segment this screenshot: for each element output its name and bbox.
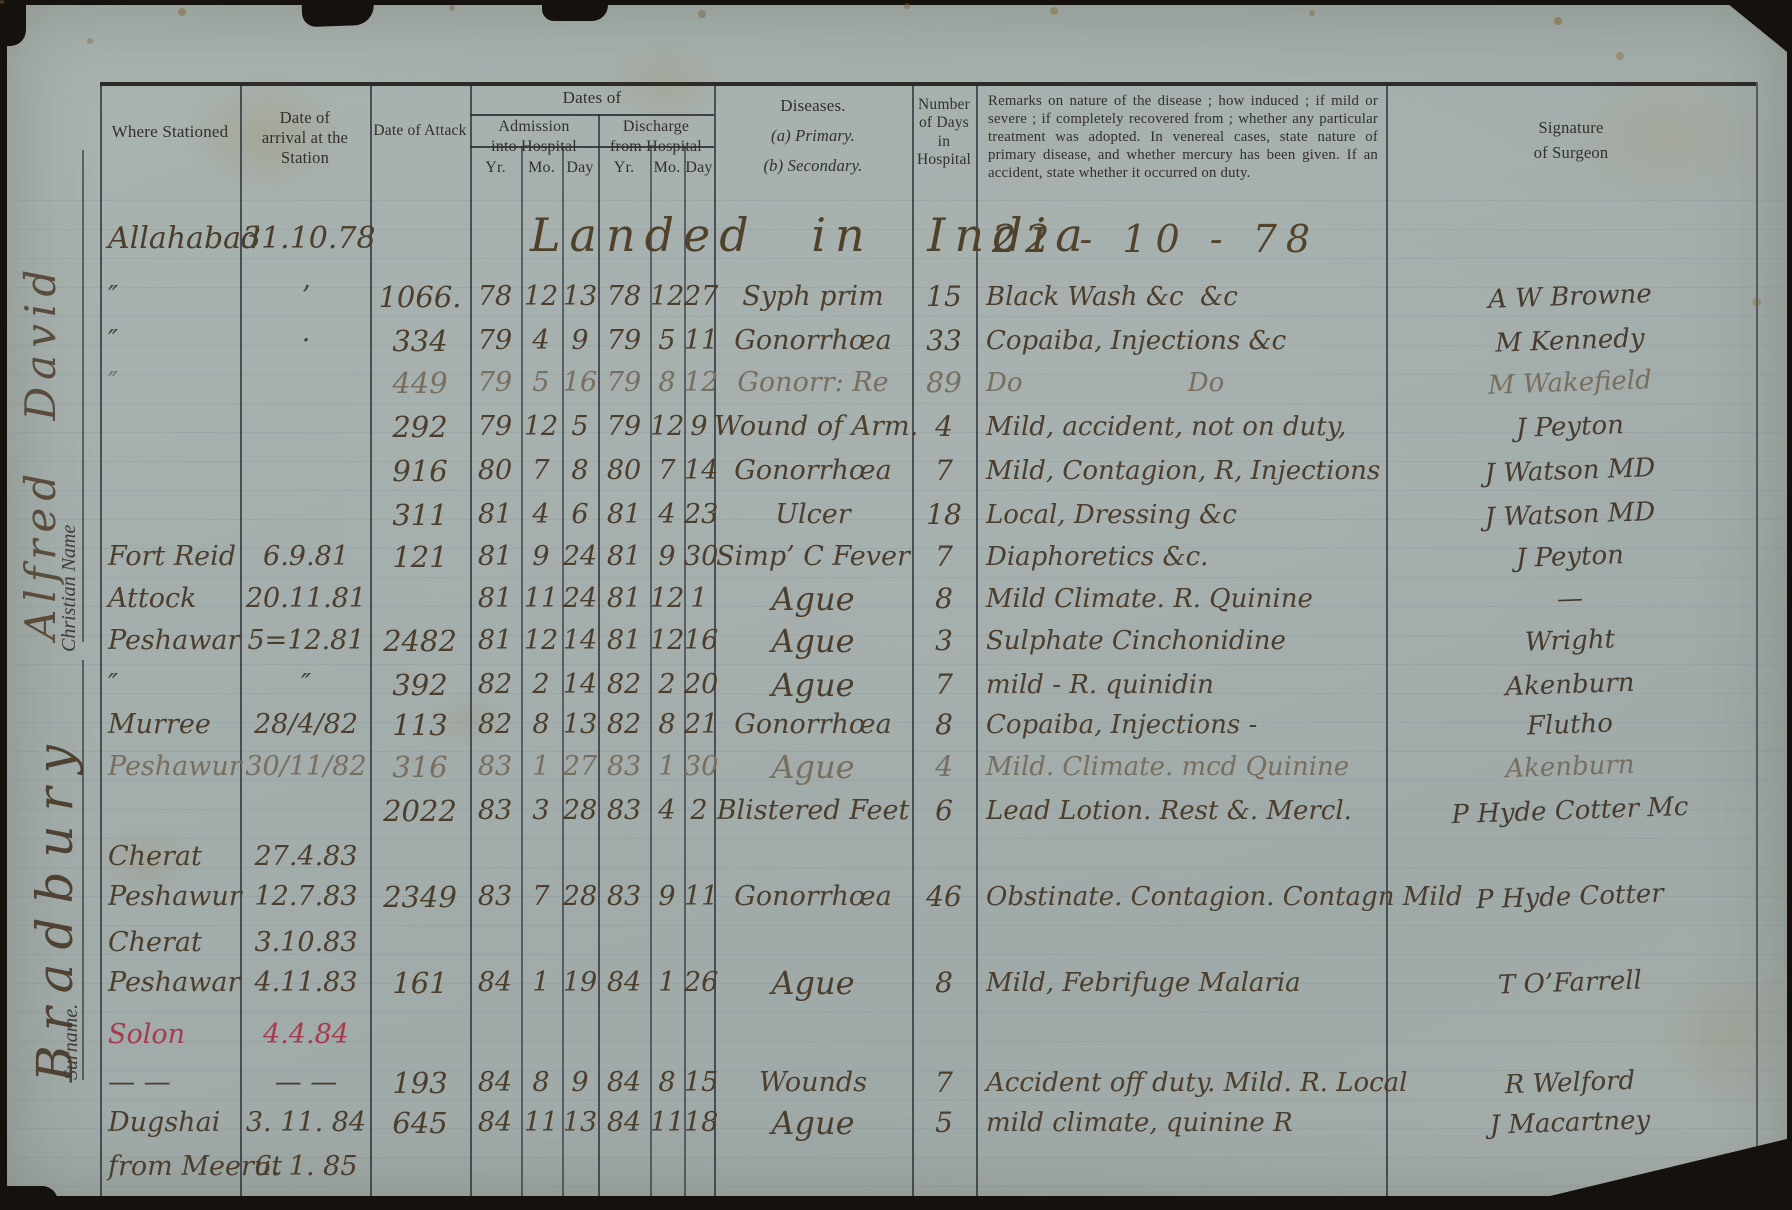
cell-dd: 30	[684, 536, 714, 582]
cell-attack: 2022	[372, 790, 468, 836]
cell-remarks: Mild, accident, not on duty,	[976, 406, 1426, 452]
cell-ad: 16	[562, 362, 598, 408]
landed-in-india-note: Landed in India	[530, 208, 1092, 262]
cell-ad: 28	[562, 876, 598, 922]
cell-arrival: 4.11.83	[242, 962, 370, 1008]
cell-dd: 30	[684, 746, 714, 792]
table-row: 2022833288342Blistered Feet6Lead Lotion.…	[100, 790, 1756, 836]
table-row: Dugshai3. 11. 84645841113841118Ague5mild…	[100, 1102, 1756, 1148]
cell-dd: 1	[684, 578, 714, 624]
cell-am: 9	[520, 536, 562, 582]
cell-dm: 4	[650, 790, 684, 836]
cell-dm: 12	[650, 276, 684, 322]
cell-am: 4	[520, 320, 562, 366]
cell-dy: 84	[598, 962, 650, 1008]
cell-attack: 334	[372, 320, 468, 366]
cell-remarks: mild climate, quinine R	[976, 1102, 1426, 1148]
cell-days: 33	[912, 320, 976, 366]
cell-remarks: Diaphoretics &c.	[976, 536, 1426, 582]
cell-station: ″	[102, 320, 246, 366]
cell-am: 7	[520, 450, 562, 496]
table-row: Fort Reid6.9.811218192481930Simp’ C Feve…	[100, 536, 1756, 582]
cell-signature: T O’Farrell	[1385, 956, 1754, 1015]
cell-disease: Ague	[714, 1102, 912, 1148]
table-row: 916807880714Gonorrhœa7Mild, Contagion, R…	[100, 450, 1756, 496]
cell-dd: 11	[684, 320, 714, 366]
cell-ad: 24	[562, 578, 598, 624]
cell-dy: 78	[598, 276, 650, 322]
cell-am: 7	[520, 876, 562, 922]
cell-station: Allahabad	[102, 218, 246, 264]
cell-days: 7	[912, 536, 976, 582]
cell-ad: 24	[562, 536, 598, 582]
cell-attack: 1066.	[372, 276, 468, 322]
cell-dm: 12	[650, 578, 684, 624]
cell-am: 1	[520, 962, 562, 1008]
page-edge	[1787, 0, 1792, 1210]
cell-dd: 26	[684, 962, 714, 1008]
cell-days: 7	[912, 450, 976, 496]
cell-attack: 113	[372, 704, 468, 750]
cell-attack: 311	[372, 494, 468, 540]
cell-remarks: Sulphate Cinchonidine	[976, 620, 1426, 666]
col-header-signature: Signature of Surgeon	[1386, 116, 1756, 166]
cell-arrival: 20.11.81	[242, 578, 370, 624]
cell-signature: P Hyde Cotter	[1385, 870, 1754, 929]
cell-days: 89	[912, 362, 976, 408]
cell-station: Murree	[102, 704, 246, 750]
cell-dm: 9	[650, 876, 684, 922]
cell-am: 5	[520, 362, 562, 408]
col-header-diseases-primary: (a) Primary.	[714, 126, 912, 146]
cell-station: Dugshai	[102, 1102, 246, 1148]
cell-dy: 81	[598, 536, 650, 582]
cell-arrival: ’	[242, 276, 370, 322]
cell-am: 11	[520, 578, 562, 624]
table-top-border	[100, 82, 1756, 86]
cell-remarks: Copaiba, Injections &c	[976, 320, 1426, 366]
cell-dd: 21	[684, 704, 714, 750]
col-header-where-stationed: Where Stationed	[100, 122, 240, 143]
cell-dm: 7	[650, 450, 684, 496]
cell-dm: 4	[650, 494, 684, 540]
cell-ad: 13	[562, 276, 598, 322]
cell-dy: 79	[598, 320, 650, 366]
cell-station: Fort Reid	[102, 536, 246, 582]
subcol-adm-yr: Yr.	[470, 158, 521, 178]
cell-station: Solon	[102, 1014, 246, 1060]
cell-dd: 11	[684, 876, 714, 922]
cell-dy: 83	[598, 790, 650, 836]
cell-remarks: Do Do	[976, 362, 1426, 408]
subcol-adm-day: Day	[562, 158, 598, 178]
cell-ay: 84	[470, 1102, 520, 1148]
cell-station: Peshawur	[102, 746, 246, 792]
cell-ay: 81	[470, 620, 520, 666]
cell-ad: 5	[562, 406, 598, 452]
cell-days: 3	[912, 620, 976, 666]
cell-dd: 12	[684, 362, 714, 408]
cell-attack: 645	[372, 1102, 468, 1148]
cell-days: 8	[912, 578, 976, 624]
cell-am: 1	[520, 746, 562, 792]
cell-dy: 81	[598, 578, 650, 624]
cell-attack: 316	[372, 746, 468, 792]
cell-disease: Wound of Arm.	[714, 406, 912, 452]
cell-days: 15	[912, 276, 976, 322]
cell-attack: 161	[372, 962, 468, 1008]
subcol-adm-mo: Mo.	[521, 158, 562, 178]
cell-days: 46	[912, 876, 976, 922]
cell-disease: Ague	[714, 962, 912, 1008]
cell-disease: Syph prim	[714, 276, 912, 322]
cell-disease: Ague	[714, 578, 912, 624]
rust-specks	[0, 0, 4, 4]
table-row: Peshawar4.11.831618411984126Ague8Mild, F…	[100, 962, 1756, 1008]
cell-dm: 5	[650, 320, 684, 366]
cell-dm: 12	[650, 620, 684, 666]
cell-attack: 2349	[372, 876, 468, 922]
table-row: Murree28/4/821138281382821Gonorrhœa8Copa…	[100, 704, 1756, 750]
cell-ay: 79	[470, 320, 520, 366]
col-header-dates-of: Dates of	[470, 88, 714, 109]
corner-cut	[0, 0, 26, 46]
cell-ad: 8	[562, 450, 598, 496]
col-header-arrival: Date of arrival at the Station	[240, 108, 370, 168]
cell-dd: 14	[684, 450, 714, 496]
table-row: ″4497951679812Gonorr: Re89Do DoM Wakefie…	[100, 362, 1756, 408]
cell-disease: Gonorr: Re	[714, 362, 912, 408]
cell-dd: 2	[684, 790, 714, 836]
cell-remarks: Mild. Climate. mcd Quinine	[976, 746, 1426, 792]
table-row: Allahabad31.10.7822 - 10 - 78Landed in I…	[100, 218, 1756, 264]
cell-dy: 84	[598, 1102, 650, 1148]
cell-days: 8	[912, 962, 976, 1008]
cell-arrival: 6. 1. 85	[242, 1146, 370, 1192]
cell-ad: 28	[562, 790, 598, 836]
table-row: Peshawur12.7.8323498372883911Gonorrhœa46…	[100, 876, 1756, 922]
cell-ad: 13	[562, 704, 598, 750]
cell-dm: 1	[650, 746, 684, 792]
cell-dm: 9	[650, 536, 684, 582]
cell-dm: 8	[650, 704, 684, 750]
subcol-dis-mo: Mo.	[650, 158, 684, 178]
cell-dm: 12	[650, 406, 684, 452]
cell-ad: 19	[562, 962, 598, 1008]
cell-am: 11	[520, 1102, 562, 1148]
cell-am: 4	[520, 494, 562, 540]
cell-days: 18	[912, 494, 976, 540]
page-edge	[0, 0, 1792, 5]
cell-days: 6	[912, 790, 976, 836]
cell-ad: 9	[562, 320, 598, 366]
cell-days: 5	[912, 1102, 976, 1148]
cell-station: from Meerut	[102, 1146, 246, 1192]
cell-ay: 83	[470, 876, 520, 922]
column-line	[1756, 82, 1758, 1196]
cell-dy: 79	[598, 362, 650, 408]
cell-dy: 81	[598, 494, 650, 540]
cell-dm: 11	[650, 1102, 684, 1148]
table-row: from Meerut6. 1. 85	[100, 1146, 1756, 1192]
cell-remarks: Mild, Contagion, R, Injections	[976, 450, 1426, 496]
cell-ay: 79	[470, 406, 520, 452]
cell-disease: Gonorrhœa	[714, 320, 912, 366]
table-row: ″’1066.781213781227Syph prim15Black Wash…	[100, 276, 1756, 322]
cell-dy: 82	[598, 704, 650, 750]
col-header-diseases: Diseases.	[714, 96, 912, 117]
cell-arrival: 30/11/82	[242, 746, 370, 792]
cell-arrival: 12.7.83	[242, 876, 370, 922]
margin-rule	[82, 150, 84, 642]
cell-ay: 83	[470, 746, 520, 792]
col-header-admission: Admission into Hospital	[470, 117, 598, 156]
col-header-date-of-attack: Date of Attack	[366, 122, 474, 141]
cell-ad: 14	[562, 620, 598, 666]
cell-ay: 81	[470, 578, 520, 624]
cell-attack: 449	[372, 362, 468, 408]
table-row: Peshawur30/11/823168312783130Ague4Mild. …	[100, 746, 1756, 792]
cell-remarks: Obstinate. Contagion. Contagn Mild	[976, 876, 1426, 922]
cell-attack: 2482	[372, 620, 468, 666]
torn-notch	[542, 0, 608, 21]
cell-disease: Gonorrhœa	[714, 450, 912, 496]
table-row: Solon4.4.84	[100, 1014, 1756, 1060]
cell-dd: 27	[684, 276, 714, 322]
cell-disease: Ague	[714, 746, 912, 792]
cell-dy: 83	[598, 876, 650, 922]
table-row: 2927912579129Wound of Arm.4Mild, acciden…	[100, 406, 1756, 452]
cell-dd: 18	[684, 1102, 714, 1148]
cell-am: 8	[520, 704, 562, 750]
cell-arrival: 31.10.78	[242, 218, 370, 264]
cell-attack: 292	[372, 406, 468, 452]
cell-remarks: Black Wash &c &c	[976, 276, 1426, 322]
cell-dy: 81	[598, 620, 650, 666]
cell-dd: 16	[684, 620, 714, 666]
surname-label: Surname.	[60, 1004, 83, 1080]
cell-days: 4	[912, 406, 976, 452]
cell-station: Peshawar	[102, 620, 246, 666]
cell-arrival: 3. 11. 84	[242, 1102, 370, 1148]
cell-ay: 80	[470, 450, 520, 496]
cell-station: Peshawur	[102, 876, 246, 922]
subcol-dis-yr: Yr.	[598, 158, 650, 178]
cell-disease: Blistered Feet	[714, 790, 912, 836]
cell-signature: P Hyde Cotter Mc	[1385, 784, 1754, 843]
cell-dy: 80	[598, 450, 650, 496]
dates-of-underline	[470, 114, 714, 116]
cell-station: ″	[102, 276, 246, 322]
page-edge	[0, 0, 7, 1210]
cell-remarks: Local, Dressing &c	[976, 494, 1426, 540]
table-row: 311814681423Ulcer18Local, Dressing &cJ W…	[100, 494, 1756, 540]
cell-dy: 79	[598, 406, 650, 452]
cell-arrival: ·	[242, 320, 370, 366]
cell-arrival: 28/4/82	[242, 704, 370, 750]
cell-am: 12	[520, 406, 562, 452]
cell-remarks: Copaiba, Injections -	[976, 704, 1426, 750]
col-header-remarks: Remarks on nature of the disease ; how i…	[988, 92, 1378, 182]
christian-name-label: Christian Name	[58, 525, 81, 652]
cell-days: 8	[912, 704, 976, 750]
cell-am: 12	[520, 620, 562, 666]
cell-arrival: 5=12.81	[242, 620, 370, 666]
cell-ad: 13	[562, 1102, 598, 1148]
cell-dm: 1	[650, 962, 684, 1008]
col-header-discharge: Discharge from Hospital	[598, 117, 714, 156]
table-row: Peshawar5=12.812482811214811216Ague3Sulp…	[100, 620, 1756, 666]
cell-arrival: 4.4.84	[242, 1014, 370, 1060]
cell-disease: Gonorrhœa	[714, 704, 912, 750]
cell-remarks: Lead Lotion. Rest &. Mercl.	[976, 790, 1426, 836]
cell-attack: 916	[372, 450, 468, 496]
medical-history-sheet: Alfred David Christian Name Bradbury Sur…	[0, 0, 1792, 1210]
cell-remarks: Mild Climate. R. Quinine	[976, 578, 1426, 624]
cell-attack: 121	[372, 536, 468, 582]
cell-station: Peshawar	[102, 962, 246, 1008]
cell-disease: Gonorrhœa	[714, 876, 912, 922]
cell-dd: 23	[684, 494, 714, 540]
subcol-dis-day: Day	[684, 158, 714, 178]
cell-disease: Simp’ C Fever	[714, 536, 912, 582]
col-header-days: Number of Days in Hospital	[912, 96, 976, 169]
cell-dy: 83	[598, 746, 650, 792]
cell-ay: 84	[470, 962, 520, 1008]
cell-arrival: 6.9.81	[242, 536, 370, 582]
cell-disease: Ague	[714, 620, 912, 666]
cell-am: 12	[520, 276, 562, 322]
corner-cut	[0, 1186, 58, 1210]
margin-rule	[82, 660, 84, 1080]
cell-dd: 9	[684, 406, 714, 452]
cell-ay: 82	[470, 704, 520, 750]
col-header-diseases-secondary: (b) Secondary.	[714, 156, 912, 176]
cell-remarks: Mild, Febrifuge Malaria	[976, 962, 1426, 1008]
cell-station: Attock	[102, 578, 246, 624]
cell-ay: 78	[470, 276, 520, 322]
cell-am: 3	[520, 790, 562, 836]
table-row: Attock20.11.8181112481121Ague8Mild Clima…	[100, 578, 1756, 624]
cell-ad: 6	[562, 494, 598, 540]
table-row: ″·334794979511Gonorrhœa33Copaiba, Inject…	[100, 320, 1756, 366]
cell-dm: 8	[650, 362, 684, 408]
cell-ay: 81	[470, 536, 520, 582]
cell-ay: 83	[470, 790, 520, 836]
cell-station: ″	[102, 362, 246, 408]
cell-days: 4	[912, 746, 976, 792]
cell-disease: Ulcer	[714, 494, 912, 540]
cell-ay: 79	[470, 362, 520, 408]
cell-ad: 27	[562, 746, 598, 792]
cell-ay: 81	[470, 494, 520, 540]
